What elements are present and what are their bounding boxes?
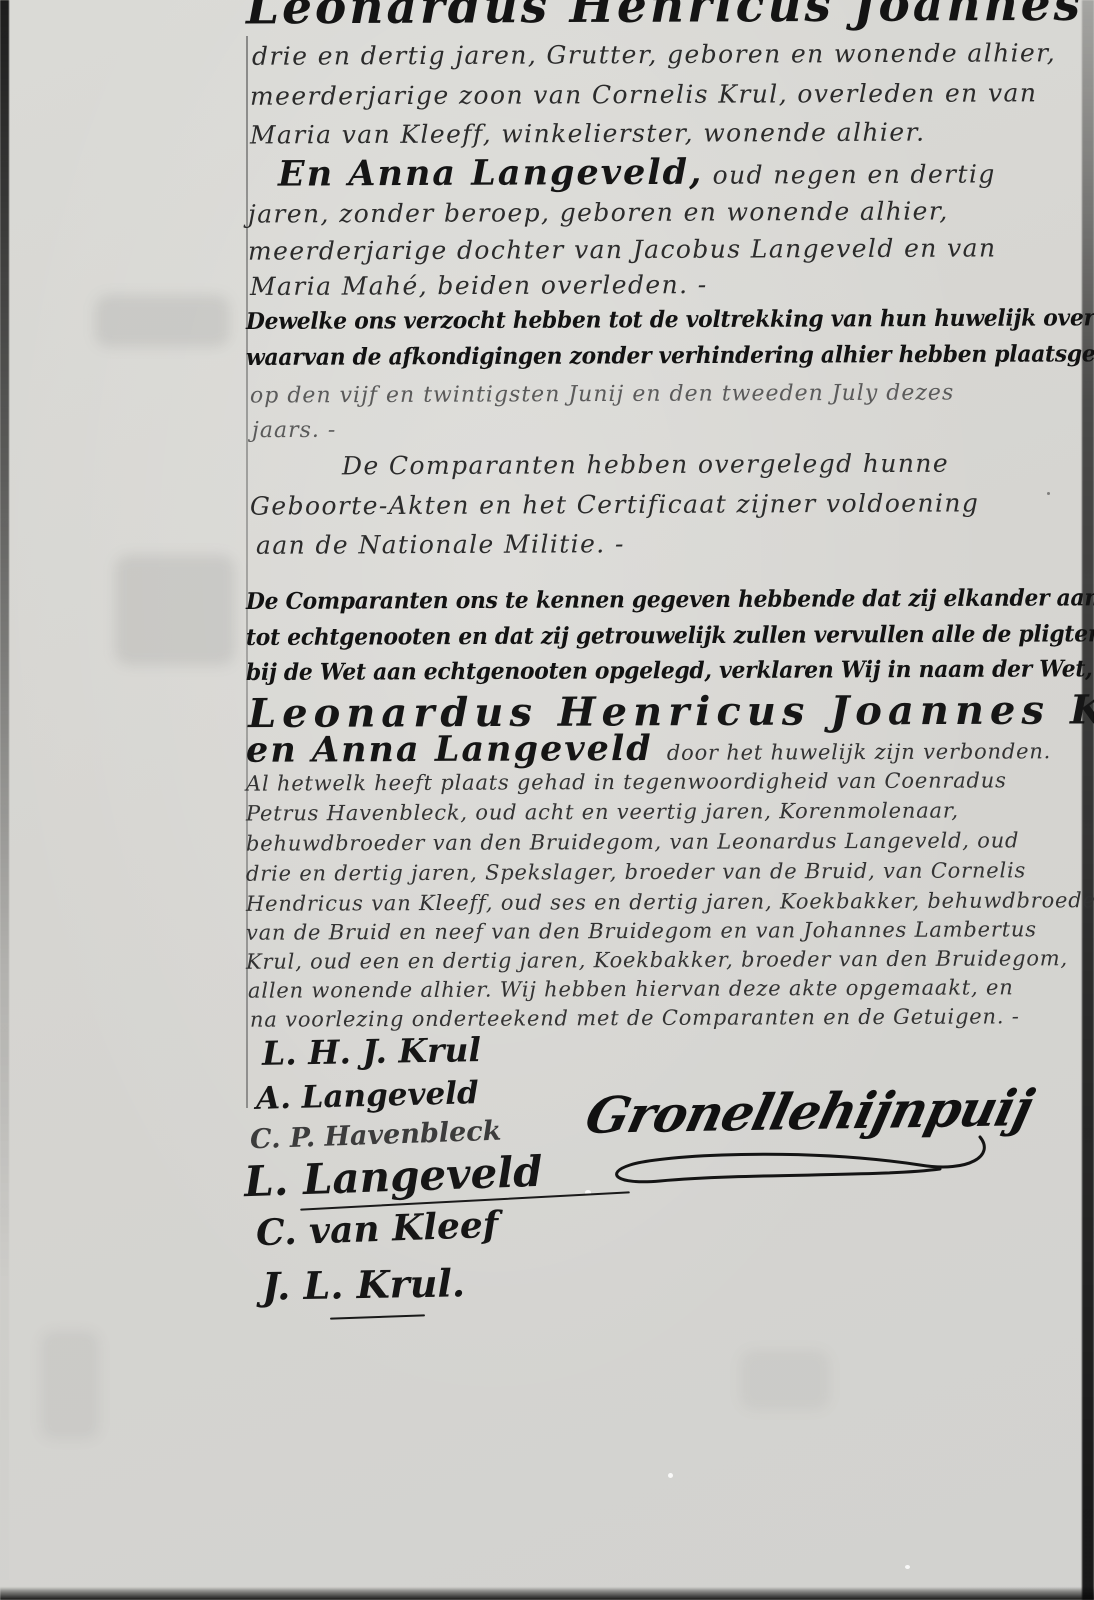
margin-rule-line: [246, 36, 248, 1108]
bleedthrough-smudge: [740, 1350, 830, 1410]
handwritten-line: Petrus Havenbleck, oud acht en veertig j…: [246, 798, 959, 825]
handwritten-line: Dewelke ons verzocht hebben tot de voltr…: [246, 304, 1094, 335]
handwritten-line-bride-name: En Anna Langeveld, oud negen en dertig: [278, 150, 996, 194]
record-page: Leonardus Henricus Joannes Krul, oud dri…: [0, 0, 1094, 1600]
signature-witness-4: J. L. Krul.: [262, 1260, 466, 1309]
handwritten-line: behuwdbroeder van den Bruidegom, van Leo…: [246, 828, 1019, 855]
handwritten-line: drie en dertig jaren, Grutter, geboren e…: [252, 38, 1056, 71]
scan-edge-bottom: [0, 1587, 1094, 1600]
marriage-declaration-text: door het huwelijk zijn verbonden.: [667, 739, 1051, 765]
bride-age-text: oud negen en dertig: [703, 159, 996, 189]
paper-speck: [905, 1565, 910, 1569]
handwritten-line: jaren, zonder beroep, geboren en wonende…: [248, 196, 949, 228]
handwritten-line-bride-name-2: en Anna Langeveld door het huwelijk zijn…: [246, 726, 1051, 771]
handwritten-line: van de Bruid en neef van den Bruidegom e…: [246, 917, 1037, 944]
handwritten-line: Krul, oud een en dertig jaren, Koekbakke…: [246, 946, 1068, 974]
handwritten-line: Geboorte-Akten en het Certificaat zijner…: [250, 488, 979, 520]
handwritten-line: op den vijf en twintigsten Junij en den …: [250, 380, 954, 408]
handwritten-line: De Comparanten ons te kennen gegeven heb…: [246, 584, 1094, 615]
handwritten-line: drie en dertig jaren, Spekslager, broede…: [246, 858, 1026, 885]
handwritten-line: tot echtgenooten en dat zij getrouwelijk…: [246, 620, 1094, 651]
handwritten-line: bij de Wet aan echtgenooten opgelegd, ve…: [246, 655, 1094, 686]
scan-edge-left: [0, 0, 9, 1600]
scan-edge-right: [1082, 0, 1094, 1600]
bride-name-2: en Anna Langeveld: [246, 728, 667, 771]
handwritten-line: allen wonende alhier. Wij hebben hiervan…: [248, 975, 1014, 1002]
handwritten-line: Al hetwelk heeft plaats gehad in tegenwo…: [246, 768, 1007, 795]
signature-groom: L. H. J. Krul: [262, 1030, 482, 1073]
registrar-signature-flourish: [600, 1125, 1000, 1195]
bleedthrough-smudge: [40, 1330, 100, 1440]
signature-witness-3: C. van Kleef: [255, 1204, 499, 1254]
handwritten-line: waarvan de afkondigingen zonder verhinde…: [246, 340, 1094, 371]
bleedthrough-smudge: [95, 295, 230, 347]
handwritten-line: Hendricus van Kleeff, oud ses en dertig …: [246, 888, 1094, 916]
signature-flourish: [330, 1314, 425, 1319]
handwritten-line-groom-name: Leonardus Henricus Joannes Krul, oud: [246, 0, 1094, 35]
handwritten-line: Maria Mahé, beiden overleden. -: [250, 270, 708, 301]
bleedthrough-smudge: [115, 555, 235, 665]
bride-name-prefix: En: [278, 153, 348, 194]
handwritten-line: meerderjarige dochter van Jacobus Langev…: [248, 233, 997, 265]
handwritten-line: meerderjarige zoon van Cornelis Krul, ov…: [250, 78, 1037, 110]
handwritten-line: De Comparanten hebben overgelegd hunne: [342, 449, 949, 481]
handwritten-line: na voorlezing onderteekend met de Compar…: [250, 1004, 1020, 1031]
signature-bride: A. Langeveld: [256, 1075, 480, 1117]
handwritten-line: aan de Nationale Militie. -: [256, 529, 625, 560]
ink-fleck: [1047, 492, 1050, 495]
bride-name: Anna Langeveld,: [348, 152, 703, 195]
handwritten-line: jaars. -: [252, 418, 336, 443]
handwritten-line: Maria van Kleeff, winkelierster, wonende…: [250, 118, 926, 150]
paper-speck: [668, 1473, 673, 1478]
